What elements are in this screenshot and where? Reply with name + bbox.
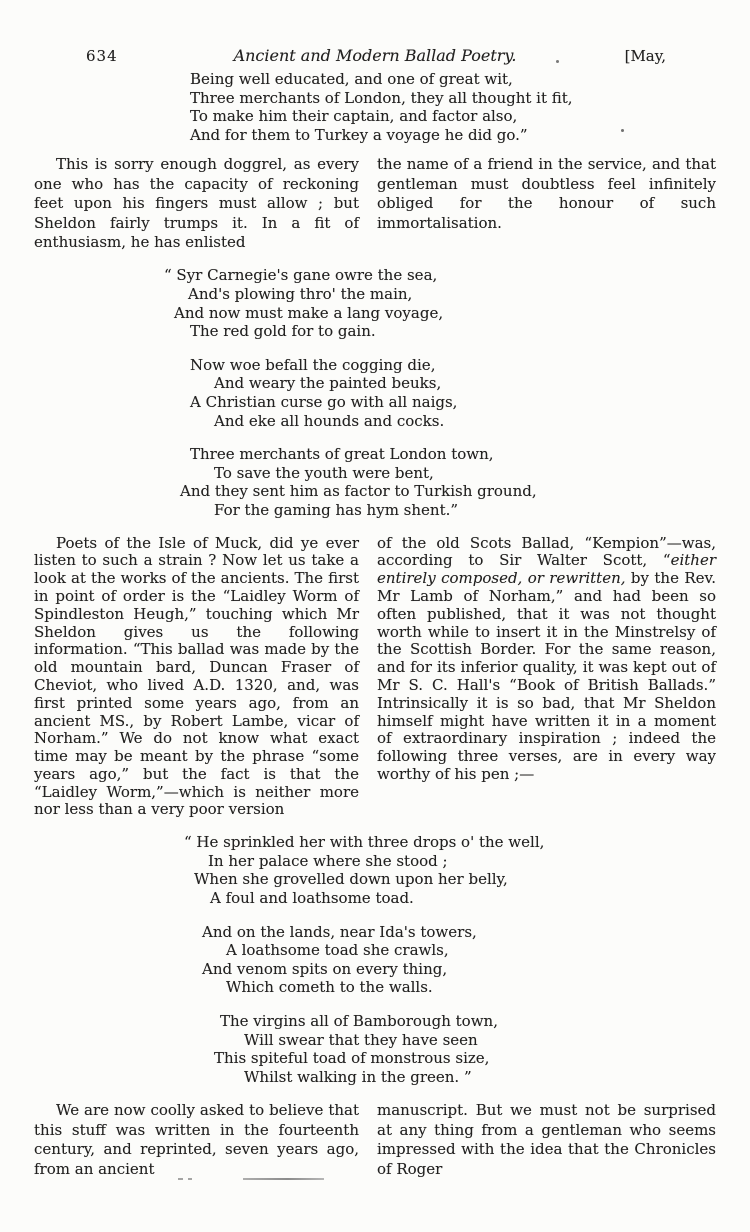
- laidley-columns: Poets of the Isle of Muck, did ye ever l…: [34, 535, 716, 820]
- verse-line: And they sent him as factor to Turkish g…: [180, 482, 716, 501]
- verse-line: This spiteful toad of monstrous size,: [214, 1049, 716, 1068]
- stanza: And on the lands, near Ida's towers, A l…: [202, 923, 716, 997]
- verse-line: A Christian curse go with all naigs,: [190, 393, 716, 412]
- stanza: Three merchants of great London town, To…: [190, 445, 716, 519]
- verse-line: The red gold for to gain.: [190, 322, 716, 341]
- closing-right-paragraph: manuscript. But we must not be surprised…: [377, 1101, 716, 1179]
- scan-speck: [556, 60, 559, 63]
- running-head: 634 Ancient and Modern Ballad Poetry. [M…: [34, 46, 716, 65]
- verse-line: Three merchants of London, they all thou…: [190, 89, 716, 108]
- verse-line: To save the youth were bent,: [214, 464, 716, 483]
- ballad-laidley: “ He sprinkled her with three drops o' t…: [184, 833, 716, 1086]
- stanza: The virgins all of Bamborough town, Will…: [220, 1012, 716, 1086]
- verse-line: And venom spits on every thing,: [202, 960, 716, 979]
- scanned-book-page: 634 Ancient and Modern Ballad Poetry. [M…: [0, 0, 750, 1232]
- scan-artifact-dash: [178, 1178, 183, 1180]
- laidley-right-paragraph: of the old Scots Ballad, “Kempion”—was, …: [377, 535, 716, 820]
- verse-line: Now woe befall the cogging die,: [190, 356, 716, 375]
- verse-line: Will swear that they have seen: [244, 1031, 716, 1050]
- verse-line: Three merchants of great London town,: [190, 445, 716, 464]
- scan-artifact-rule: [243, 1178, 324, 1180]
- verse-line: The virgins all of Bamborough town,: [220, 1012, 716, 1031]
- verse-line: Being well educated, and one of great wi…: [190, 70, 716, 89]
- verse-line: When she grovelled down upon her belly,: [194, 870, 716, 889]
- laidley-right-lead: of the old Scots Ballad, “Kempion”—was, …: [377, 534, 716, 570]
- verse-line: And now must make a lang voyage,: [174, 304, 716, 323]
- verse-line: A foul and loathsome toad.: [210, 889, 716, 908]
- verse-line: For the gaming has hym shent.”: [214, 501, 716, 520]
- page-number: 634: [34, 47, 159, 65]
- verse-line: A loathsome toad she crawls,: [226, 941, 716, 960]
- scan-speck: [621, 129, 624, 132]
- verse-line: And on the lands, near Ida's towers,: [202, 923, 716, 942]
- scan-artifact-dash: [188, 1178, 192, 1180]
- closing-left-paragraph: We are now coolly asked to believe that …: [34, 1101, 359, 1179]
- intro-right-paragraph: the name of a friend in the service, and…: [377, 155, 716, 252]
- laidley-right-tail: by the Rev. Mr Lamb of Norham,” and had …: [377, 569, 716, 783]
- verse-line: And weary the painted beuks,: [214, 374, 716, 393]
- verse-line: And's plowing thro' the main,: [188, 285, 716, 304]
- stanza: Now woe befall the cogging die, And wear…: [190, 356, 716, 430]
- verse-line: Which cometh to the walls.: [226, 978, 716, 997]
- verse-line: In her palace where she stood ;: [208, 852, 716, 871]
- stanza: “ Syr Carnegie's gane owre the sea, And'…: [164, 266, 716, 340]
- ballad-carnegie: “ Syr Carnegie's gane owre the sea, And'…: [164, 266, 716, 519]
- issue-month: [May,: [591, 47, 716, 65]
- opening-verse: Being well educated, and one of great wi…: [190, 70, 716, 144]
- laidley-left-paragraph: Poets of the Isle of Muck, did ye ever l…: [34, 535, 359, 820]
- verse-line: And eke all hounds and cocks.: [214, 412, 716, 431]
- verse-line: Whilst walking in the green. ”: [244, 1068, 716, 1087]
- stanza: “ He sprinkled her with three drops o' t…: [184, 833, 716, 907]
- closing-columns: We are now coolly asked to believe that …: [34, 1101, 716, 1179]
- verse-line: “ Syr Carnegie's gane owre the sea,: [164, 266, 716, 285]
- running-title: Ancient and Modern Ballad Poetry.: [159, 46, 591, 65]
- verse-line: To make him their captain, and factor al…: [190, 107, 716, 126]
- verse-line: “ He sprinkled her with three drops o' t…: [184, 833, 716, 852]
- verse-line: And for them to Turkey a voyage he did g…: [190, 126, 716, 145]
- intro-left-paragraph: This is sorry enough doggrel, as every o…: [34, 155, 359, 252]
- intro-columns: This is sorry enough doggrel, as every o…: [34, 155, 716, 252]
